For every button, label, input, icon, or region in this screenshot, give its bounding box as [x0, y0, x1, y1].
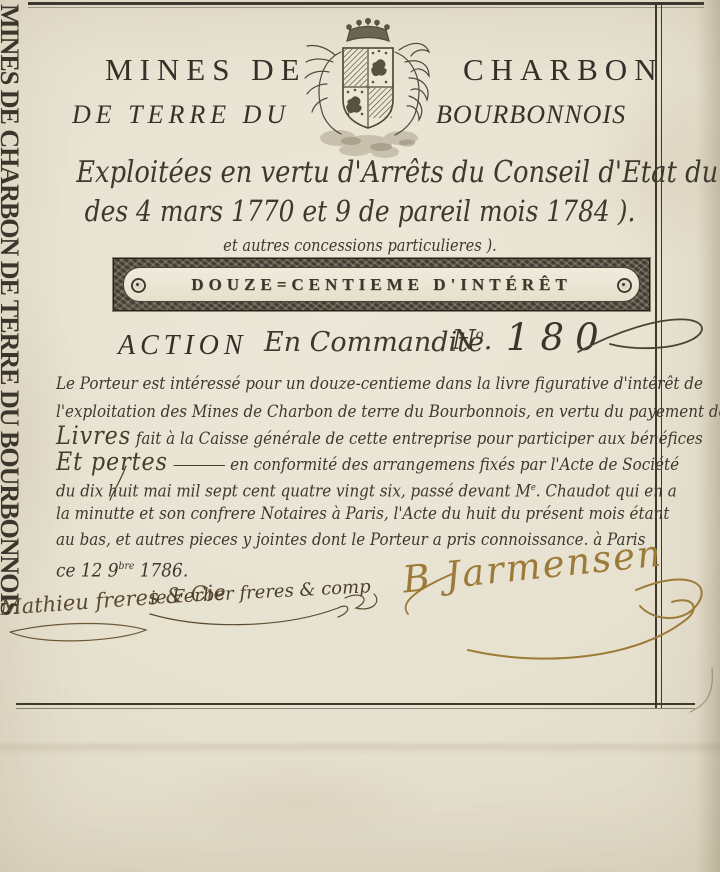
paper-crease: [0, 744, 720, 754]
title-mines-de: MINES DE: [105, 52, 307, 88]
body-text: Le Porteur est intéressé pour un douze-c…: [56, 374, 703, 394]
pen-filler-stroke: [173, 460, 225, 466]
no-letter: N: [452, 325, 476, 356]
action-number-label: No.: [452, 325, 492, 356]
body-text: du dix huit mai mil sept cent quatre vin…: [56, 482, 531, 502]
body-text: en conformité des arrangemens fixés par …: [230, 455, 679, 475]
frame-top-rule: [28, 2, 704, 5]
date-text: ce 12 9: [56, 559, 119, 581]
rivet-icon: [617, 278, 632, 293]
subtitle-bourbonnois: BOURBONNOIS: [436, 100, 626, 130]
body-line: Livres fait à la Caisse générale de cett…: [56, 423, 654, 449]
body-text: fait à la Caisse générale de cette entre…: [136, 429, 703, 449]
paper-edge-shadow: [696, 0, 720, 872]
body-text: la minutte et son confrere Notaires à Pa…: [56, 504, 669, 524]
frame-top-rule-shadow: [28, 7, 704, 8]
engraver-credit: C. Berville Sculp. 1786.: [115, 303, 194, 311]
banner-label: DOUZE=CENTIEME D'INTÉRÊT: [191, 275, 572, 295]
subtitle-de-terre-du: DE TERRE DU: [72, 100, 290, 130]
body-line: l'exploitation des Mines de Charbon de t…: [56, 397, 654, 423]
handwritten-currency-word: Livres: [56, 421, 131, 450]
frame-right-rule-inner: [661, 2, 662, 708]
frame-bottom-rule: [16, 703, 695, 705]
share-certificate-document: MINES DE CHARBON DE TERRE DU BOURBONNOIS…: [0, 0, 720, 872]
title-charbon: CHARBON: [463, 52, 664, 88]
body-text: . Chaudot qui en a: [536, 482, 677, 502]
body-line: du dix huit mai mil sept cent quatre vin…: [56, 475, 654, 501]
date-year: 1786.: [140, 559, 188, 581]
frame-right-rule: [655, 2, 657, 708]
body-line: Le Porteur est intéressé pour un douze-c…: [56, 371, 654, 397]
no-dot: .: [484, 325, 493, 356]
coat-of-arms-icon: [283, 10, 453, 160]
date-superscript: bre: [119, 560, 135, 572]
authority-line-1: Exploitées en vertu d'Arrêts du Conseil …: [76, 155, 644, 190]
action-word: ACTION: [118, 330, 248, 362]
body-line: Et pertesen conformité des arrangemens f…: [56, 449, 654, 475]
banner-plate: DOUZE=CENTIEME D'INTÉRÊT: [123, 267, 640, 302]
authority-line-3: et autres concessions particulieres ).: [76, 236, 644, 256]
paper-stain: [160, 750, 440, 850]
frame-bottom-rule-shadow: [16, 708, 695, 709]
authority-line-2: des 4 mars 1770 et 9 de pareil mois 1784…: [76, 194, 644, 228]
body-line: la minutte et son confrere Notaires à Pa…: [56, 501, 654, 527]
handwritten-et-pertes: Et pertes: [56, 447, 168, 476]
no-superscript: o: [476, 327, 484, 343]
rivet-icon: [131, 278, 146, 293]
body-text: l'exploitation des Mines de Charbon de t…: [56, 402, 720, 422]
share-number: 180: [506, 316, 610, 359]
